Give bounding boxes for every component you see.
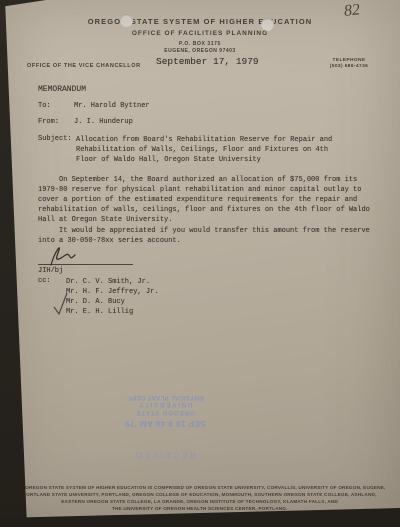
handwritten-signature-initials (44, 243, 86, 269)
letterhead-vice-chancellor: OFFICE OF THE VICE CHANCELLOR (27, 63, 141, 69)
stamp-line: SEP 19 8 46 AM '79 (98, 419, 232, 428)
cc-label: cc: (38, 277, 51, 285)
letterhead-po-box: P.O. BOX 3175 (0, 41, 400, 47)
punch-hole (261, 18, 274, 31)
body-line: Hall at Oregon State University. (38, 215, 370, 225)
stamp-line: PHYSICAL PLANT DEPT. (98, 394, 232, 400)
subject-line: Floor of Waldo Hall, Oregon State Univer… (76, 155, 332, 165)
punch-hole (120, 14, 133, 27)
cc-recipient: Dr. C. V. Smith, Jr. (66, 277, 158, 287)
body-line: On September 14, the Board authorized an… (38, 175, 370, 185)
handwritten-annotation: 82 (343, 1, 361, 21)
subject-line: Allocation from Board's Rehabilitation R… (76, 135, 332, 145)
memo-doc-type: MEMORANDUM (38, 85, 86, 94)
letterhead-office: OFFICE OF FACILITIES PLANNING (0, 30, 400, 37)
footer-line: EASTERN OREGON STATE COLLEGE, LA GRANDE,… (0, 499, 399, 506)
memo-date: September 17, 1979 (156, 56, 259, 67)
letterhead-city: EUGENE, OREGON 97403 (0, 48, 400, 54)
letterhead-telephone: TELEPHONE (503) 686-4736 (318, 58, 380, 70)
from-label: From: (38, 118, 59, 126)
stamp-line: UNIVERSITY (98, 401, 232, 408)
received-stamp: RECEIVEDSEP 19 8 46 AM '79OREGON STATEUN… (98, 394, 232, 460)
checkmark-annotation (52, 291, 68, 317)
signature-line (38, 264, 133, 265)
cc-recipient: Mr. E. H. Lillig (66, 307, 158, 317)
letterhead-footer: THE OREGON STATE SYSTEM OF HIGHER EDUCAT… (0, 485, 399, 513)
body-line: 1979-80 reserve for physical plant rehab… (38, 185, 370, 195)
letterhead-org: OREGON STATE SYSTEM OF HIGHER EDUCATION (0, 17, 400, 26)
body-paragraph-1: On September 14, the Board authorized an… (38, 175, 370, 225)
footer-line: PORTLAND STATE UNIVERSITY, PORTLAND, ORE… (0, 492, 399, 499)
typist-initials: JIH/bj (38, 267, 63, 275)
footer-line: THE OREGON STATE SYSTEM OF HIGHER EDUCAT… (0, 485, 399, 492)
to-value: Mr. Harold Byttner (74, 102, 150, 110)
cc-list: Dr. C. V. Smith, Jr.Mr. H. F. Jeffrey, J… (66, 277, 158, 317)
subject-lines: Allocation from Board's Rehabilitation R… (76, 135, 332, 165)
subject-line: Rehabilitation of Walls, Ceilings, Floor… (76, 145, 332, 155)
scanned-memo-photo: { "letterhead": { "org": "OREGON STATE S… (0, 0, 400, 527)
body-line: into a 30-050-78xx series account. (38, 236, 370, 246)
telephone-number: (503) 686-4736 (318, 64, 380, 70)
body-line: cover a portion of the estimated expendi… (38, 195, 370, 205)
stamp-line: OREGON STATE (98, 409, 232, 415)
body-line: rehabilitation of walls, ceilings, floor… (38, 205, 370, 215)
body-line: It would be appreciated if you would tra… (38, 226, 370, 236)
subject-label: Subject: (38, 135, 72, 143)
body-paragraph-2: It would be appreciated if you would tra… (38, 226, 370, 246)
paper-sheet: OREGON STATE SYSTEM OF HIGHER EDUCATION … (0, 0, 400, 527)
to-label: To: (38, 102, 51, 110)
from-value: J. I. Hunderup (74, 118, 133, 126)
cc-recipient: Mr. D. A. Bucy (66, 297, 158, 307)
stamp-line: RECEIVED (98, 450, 232, 460)
cc-recipient: Mr. H. F. Jeffrey, Jr. (66, 287, 158, 297)
